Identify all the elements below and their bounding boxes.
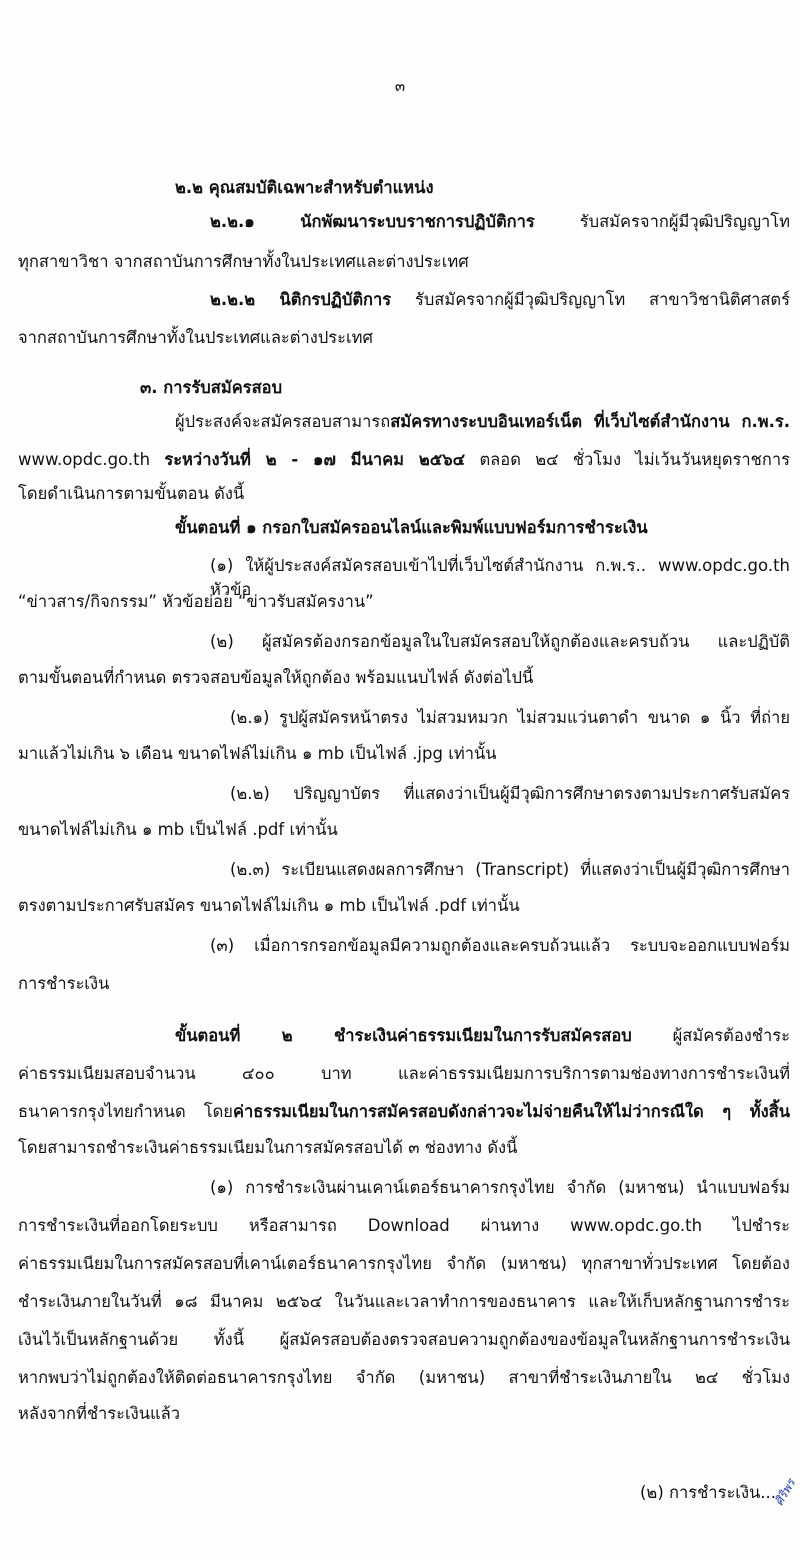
section-3-heading: ๓. การรับสมัครสอบ xyxy=(140,376,282,400)
step2-line4: โดยสามารถชำระเงินค่าธรรมเนียมในการสมัครส… xyxy=(18,1136,790,1160)
step2-item1-line4: ชำระเงินภายในวันที่ ๑๘ มีนาคม ๒๕๖๔ ในวัน… xyxy=(18,1290,790,1314)
step1-heading: ขั้นตอนที่ ๑ กรอกใบสมัครออนไลน์และพิมพ์แ… xyxy=(175,516,648,540)
step2-item1-line6: หากพบว่าไม่ถูกต้องให้ติดต่อธนาคารกรุงไทย… xyxy=(18,1366,790,1390)
step1-item2-line2: ตามขั้นตอนที่กำหนด ตรวจสอบข้อมูลให้ถูกต้… xyxy=(18,666,790,690)
step2-item1-line2: การชำระเงินที่ออกโดยระบบ หรือสามารถ Down… xyxy=(18,1214,790,1238)
item-2-2-1-text: รับสมัครจากผู้มีวุฒิปริญญาโท xyxy=(580,212,790,231)
item-2-2-2-text: รับสมัครจากผู้มีวุฒิปริญญาโท สาขาวิชานิต… xyxy=(415,290,790,309)
section-3-intro-line3: โดยดำเนินการตามขั้นตอน ดังนี้ xyxy=(18,482,790,506)
step1-item3-line1: (๓) เมื่อการกรอกข้อมูลมีความถูกต้องและคร… xyxy=(210,934,790,958)
step2-item1-line3: ค่าธรรมเนียมในการสมัครสอบที่เคาน์เตอร์ธน… xyxy=(18,1252,790,1276)
section-3-intro-line1: ผู้ประสงค์จะสมัครสอบสามารถสมัครทางระบบอิ… xyxy=(175,410,790,434)
website-url: www.opdc.go.th xyxy=(18,450,150,469)
item-2-2-2-line1: ๒.๒.๒ นิติกรปฏิบัติการ รับสมัครจากผู้มีว… xyxy=(210,288,790,312)
no-refund-notice: ค่าธรรมเนียมในการสมัครสอบดังกล่าวจะไม่จ่… xyxy=(233,1102,790,1121)
item-2-2-1-line1: ๒.๒.๑ นักพัฒนาระบบราชการปฏิบัติการ รับสม… xyxy=(210,210,790,234)
step2-text: ผู้สมัครต้องชำระ xyxy=(673,1026,790,1045)
step2-item1-line1: (๑) การชำระเงินผ่านเคาน์เตอร์ธนาคารกรุงไ… xyxy=(210,1176,790,1200)
application-dates: ระหว่างวันที่ ๒ - ๑๗ มีนาคม ๒๕๖๔ xyxy=(164,450,465,469)
step2-item1-line5: เงินไว้เป็นหลักฐานด้วย ทั้งนี้ ผู้สมัครส… xyxy=(18,1328,790,1352)
item-2-2-1-label: ๒.๒.๑ นักพัฒนาระบบราชการปฏิบัติการ xyxy=(210,212,535,231)
step1-item1-line2: “ข่าวสาร/กิจกรรม” หัวข้อย่อย “ข่าวรับสมั… xyxy=(18,590,790,614)
intro-text: ผู้ประสงค์จะสมัครสอบสามารถ xyxy=(175,412,390,431)
page-number: ๓ xyxy=(0,74,800,98)
step1-item3-line2: การชำระเงิน xyxy=(18,972,790,996)
step2-line3: ธนาคารกรุงไทยกำหนด โดยค่าธรรมเนียมในการส… xyxy=(18,1100,790,1124)
item-2-2-2-label: ๒.๒.๒ นิติกรปฏิบัติการ xyxy=(210,290,391,309)
step2-heading: ขั้นตอนที่ ๒ ชำระเงินค่าธรรมเนียมในการรั… xyxy=(175,1026,632,1045)
step1-item2-2-line1: (๒.๒) ปริญญาบัตร ที่แสดงว่าเป็นผู้มีวุฒิ… xyxy=(230,782,790,806)
step2-line1: ขั้นตอนที่ ๒ ชำระเงินค่าธรรมเนียมในการรั… xyxy=(175,1024,790,1048)
step1-item2-1-line2: มาแล้วไม่เกิน ๖ เดือน ขนาดไฟล์ไม่เกิน ๑ … xyxy=(18,742,790,766)
continuation-text: (๒) การชำระเงิน... xyxy=(640,1480,776,1506)
step1-item2-3-line2: ตรงตามประกาศรับสมัคร ขนาดไฟล์ไม่เกิน ๑ m… xyxy=(18,894,790,918)
item-2-2-2-line2: จากสถาบันการศึกษาทั้งในประเทศและต่างประเ… xyxy=(18,326,790,350)
step1-item2-3-line1: (๒.๓) ระเบียนแสดงผลการศึกษา (Transcript)… xyxy=(230,858,790,882)
step1-item2-line1: (๒) ผู้สมัครต้องกรอกข้อมูลในใบสมัครสอบให… xyxy=(210,630,790,654)
step2-item1-line7: หลังจากที่ชำระเงินแล้ว xyxy=(18,1402,790,1426)
section-3-intro-line2: www.opdc.go.th ระหว่างวันที่ ๒ - ๑๗ มีนา… xyxy=(18,448,790,472)
intro-bold-text: สมัครทางระบบอินเทอร์เน็ต ที่เว็บไซต์สำนั… xyxy=(390,412,790,431)
item-2-2-1-line2: ทุกสาขาวิชา จากสถาบันการศึกษาทั้งในประเท… xyxy=(18,250,790,274)
document-page: ๓ ๒.๒ คุณสมบัติเฉพาะสำหรับตำแหน่ง ๒.๒.๑ … xyxy=(0,0,800,1559)
step1-item2-1-line1: (๒.๑) รูปผู้สมัครหน้าตรง ไม่สวมหมวก ไม่ส… xyxy=(230,706,790,730)
step2-line3-text: ธนาคารกรุงไทยกำหนด โดย xyxy=(18,1102,233,1121)
step1-item2-2-line2: ขนาดไฟล์ไม่เกิน ๑ mb เป็นไฟล์ .pdf เท่าน… xyxy=(18,818,790,842)
section-2-2-heading: ๒.๒ คุณสมบัติเฉพาะสำหรับตำแหน่ง xyxy=(175,176,434,200)
hours-text: ตลอด ๒๔ ชั่วโมง ไม่เว้นวันหยุดราชการ xyxy=(479,450,790,469)
step2-line2: ค่าธรรมเนียมสอบจำนวน ๔๐๐ บาท และค่าธรรมเ… xyxy=(18,1062,790,1086)
